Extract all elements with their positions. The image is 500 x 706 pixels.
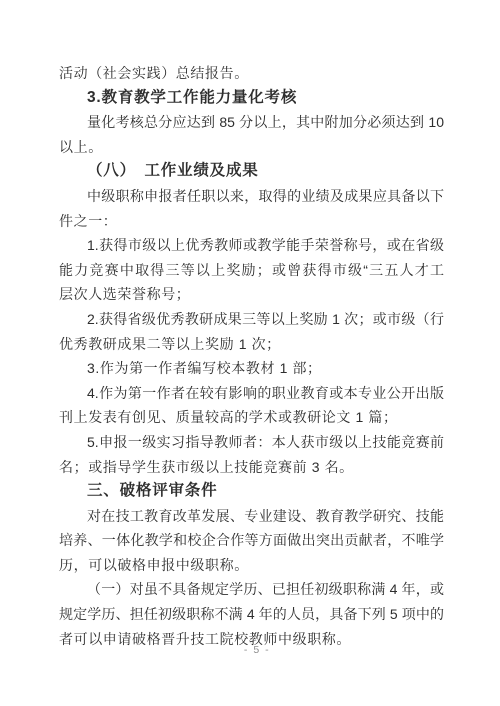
text-line: 以上。 <box>59 135 444 160</box>
text-line: 优秀教研成果二等以上奖励 1 次； <box>59 332 444 357</box>
text-line: 3.作为第一作者编写校本教材 1 部； <box>59 356 444 381</box>
page-number: - 5 - <box>0 644 500 656</box>
text-line: 培养、一体化教学和校企合作等方面做出突出贡献者，不唯学历资 <box>59 528 444 553</box>
section-heading: （八） 工作业绩及成果 <box>59 159 444 184</box>
text-line: 能力竞赛中取得三等以上奖励；或曾获得市级“三五人才工程”第三 <box>59 258 444 283</box>
text-line: 5.申报一级实习指导教师者：本人获市级以上技能竞赛前 6 <box>59 430 444 455</box>
text-line: （一）对虽不具备规定学历、已担任初级职称满 4 年，或具备 <box>59 577 444 602</box>
document-page: 活动（社会实践）总结报告。 3.教育教学工作能力量化考核 量化考核总分应达到 8… <box>0 0 500 706</box>
text-line: 量化考核总分应达到 85 分以上，其中附加分必须达到 10 分 <box>59 110 444 135</box>
text-line: 对在技工教育改革发展、专业建设、教育教学研究、技能人才 <box>59 504 444 529</box>
text-line: 2.获得省级优秀教研成果三等以上奖励 1 次；或市级（行业） <box>59 307 444 332</box>
text-line: 中级职称申报者任职以来，取得的业绩及成果应具备以下条 <box>59 184 444 209</box>
text-line: 层次人选荣誉称号； <box>59 282 444 307</box>
text-line: 件之一： <box>59 209 444 234</box>
text-line: 1.获得市级以上优秀教师或教学能手荣誉称号，或在省级教学 <box>59 233 444 258</box>
section-heading: 3.教育教学工作能力量化考核 <box>59 86 444 111</box>
text-line: 名；或指导学生获市级以上技能竞赛前 3 名。 <box>59 455 444 480</box>
text-line: 4.作为第一作者在较有影响的职业教育或本专业公开出版期 <box>59 381 444 406</box>
text-line: 规定学历、担任初级职称不满 4 年的人员，具备下列 5 项中的 3 项 <box>59 602 444 627</box>
section-heading: 三、破格评审条件 <box>59 479 444 504</box>
document-text-block: 活动（社会实践）总结报告。 3.教育教学工作能力量化考核 量化考核总分应达到 8… <box>59 61 444 651</box>
text-line: 刊上发表有创见、质量较高的学术或教研论文 1 篇； <box>59 405 444 430</box>
text-line: 历，可以破格申报中级职称。 <box>59 553 444 578</box>
text-line: 活动（社会实践）总结报告。 <box>59 61 444 86</box>
